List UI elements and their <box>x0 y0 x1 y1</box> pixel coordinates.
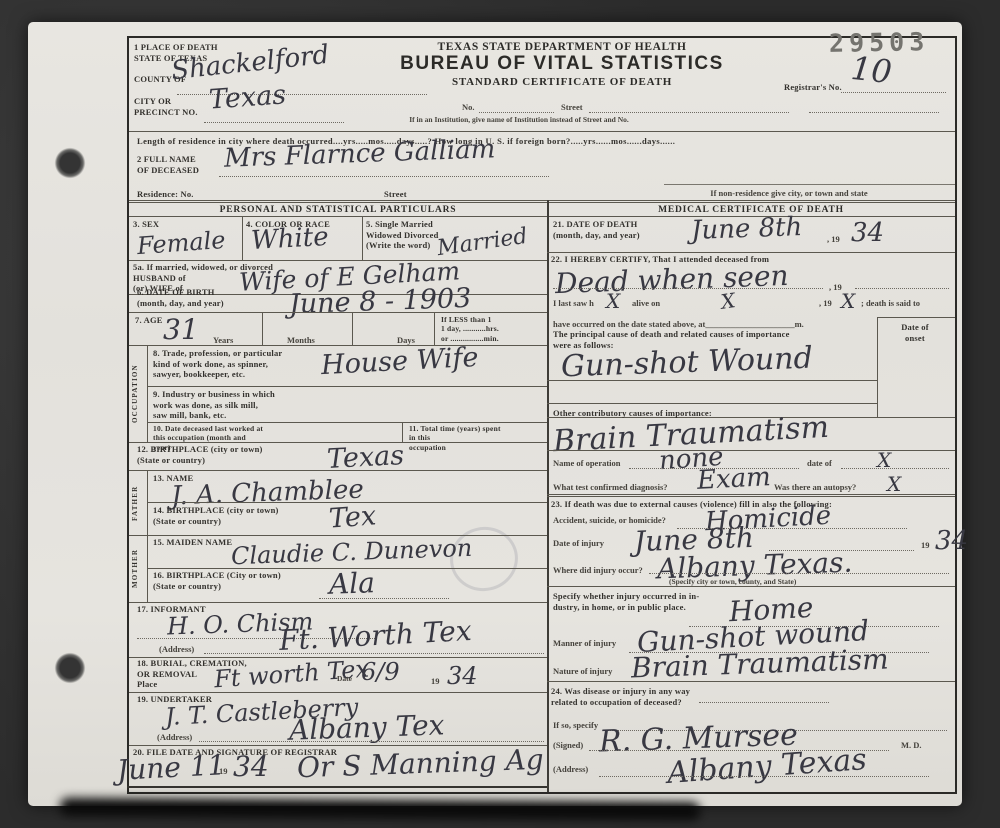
file-year-prefix: 19 <box>219 766 228 777</box>
last-saw-x3: X <box>841 291 855 311</box>
undertaker-address-label: (Address) <box>157 732 192 743</box>
if-so-specify-label: If so, specify <box>553 720 598 731</box>
mother-side-label: MOTHER <box>131 538 139 598</box>
age-value: 31 <box>163 316 199 344</box>
trade-value: House Wife <box>320 344 479 379</box>
date-of-death-value: June 8th <box>691 214 803 244</box>
birthplace-label: 12. BIRTHPLACE (city or town) (State or … <box>137 444 263 465</box>
maiden-name-value: Claudie C. Dunevon <box>231 536 473 568</box>
nature-value: Brain Traumatism <box>631 646 890 683</box>
principal-cause-value: Gun-shot Wound <box>561 344 814 383</box>
date-of-death-year-prefix: , 19 <box>827 234 840 245</box>
marital-value: Married <box>436 226 529 260</box>
last-saw-x1: X <box>606 291 620 311</box>
date-of-death-label: 21. DATE OF DEATH (month, day, and year) <box>553 219 640 240</box>
color-race-value: White <box>250 224 329 254</box>
city-precinct-label: CITY OR PRECINCT NO. <box>134 96 198 117</box>
operation-date-label: date of <box>807 458 832 469</box>
last-saw-year: , 19 <box>819 298 832 309</box>
registrar-no-label: Registrar's No. <box>784 82 842 93</box>
related-occupation-label: 24. Was disease or injury in any way rel… <box>551 686 690 707</box>
paper-bottom-shadow <box>60 798 700 820</box>
father-birthplace-label: 14. BIRTHPLACE (city or town) (State or … <box>153 505 279 526</box>
burial-year-prefix: 19 <box>431 676 440 687</box>
mother-birthplace-value: Ala <box>329 569 376 599</box>
title-bureau: BUREAU OF VITAL STATISTICS <box>362 53 762 75</box>
microfilm-scan: { "certificate_number": "29503", "header… <box>0 0 1000 828</box>
nature-label: Nature of injury <box>553 666 612 677</box>
injury-where-sub: (Specify city or town, county, and State… <box>669 577 796 586</box>
file-signature-value: Or S Manning Ag <box>297 746 545 783</box>
undertaker-address-value: Albany Tex <box>289 711 445 744</box>
injury-year-prefix: 19 <box>921 540 930 551</box>
registrar-no-value: 10 <box>849 52 893 88</box>
father-birthplace-value: Tex <box>328 502 377 532</box>
file-date-value: June 11 <box>116 751 226 785</box>
certify-year-prefix: , 19 <box>829 282 842 293</box>
certificate-paper: 1 PLACE OF DEATH STATE OF TEXAS COUNTY O… <box>28 22 962 806</box>
punch-hole-bottom <box>54 652 86 684</box>
injury-where-label: Where did injury occur? <box>553 565 643 576</box>
date-of-onset-label: Date of onset <box>881 322 949 343</box>
injury-date-label: Date of injury <box>553 538 604 549</box>
sex-label: 3. SEX <box>133 219 159 230</box>
certify-value: Dead when seen <box>555 262 789 298</box>
dob-label: 6. DATE OF BIRTH (month, day, and year) <box>137 287 224 308</box>
last-saw-mid: alive on <box>632 298 660 309</box>
informant-address-label: (Address) <box>159 644 194 655</box>
non-residence-note: If non-residence give city, or town and … <box>629 188 949 199</box>
burial-date-value: 6/9 <box>361 660 400 684</box>
street-label: Street <box>561 102 583 113</box>
manner-label: Manner of injury <box>553 638 616 649</box>
institution-note: If in an Institution, give name of Insti… <box>309 115 729 124</box>
injury-year-value: 34 <box>935 528 968 554</box>
residence-street-label: Street <box>384 189 407 200</box>
burial-date-label: Date <box>337 674 352 683</box>
file-year-value: 34 <box>233 753 269 781</box>
informant-address-value: Ft. Worth Tex <box>278 617 472 655</box>
operation-date-value: X <box>877 450 891 470</box>
total-time-label: 11. Total time (years) spent in this occ… <box>409 424 501 452</box>
certificate-form: 1 PLACE OF DEATH STATE OF TEXAS COUNTY O… <box>127 36 957 794</box>
operation-label: Name of operation <box>553 458 621 469</box>
injury-place-label: Specify whether injury occurred in in- d… <box>553 591 699 612</box>
dob-value: June 8 - 1903 <box>289 285 472 318</box>
form-titles: TEXAS STATE DEPARTMENT OF HEALTH BUREAU … <box>362 41 762 88</box>
md-label: M. D. <box>901 740 922 751</box>
title-certificate: STANDARD CERTIFICATE OF DEATH <box>362 76 762 88</box>
last-saw-post: ; death is said to <box>861 298 920 309</box>
marital-label: 5. Single Married Widowed Divorced (Writ… <box>366 219 439 251</box>
occupation-side-label: OCCUPATION <box>131 348 139 440</box>
punch-hole-top <box>54 147 86 179</box>
birthplace-value: Texas <box>326 442 404 473</box>
industry-label: 9. Industry or business in which work wa… <box>153 389 275 421</box>
father-side-label: FATHER <box>131 473 139 533</box>
burial-year-value: 34 <box>447 664 478 688</box>
street-no-label: No. <box>462 102 475 113</box>
sex-value: Female <box>136 228 226 258</box>
autopsy-label: Was there an autopsy? <box>774 482 856 493</box>
date-of-death-year-value: 34 <box>851 220 884 246</box>
physician-address-label: (Address) <box>553 764 588 775</box>
signed-label: (Signed) <box>553 740 583 751</box>
test-label: What test confirmed diagnosis? <box>553 482 668 493</box>
maiden-name-label: 15. MAIDEN NAME <box>153 537 232 548</box>
city-precinct-value: Texas <box>208 81 287 113</box>
trade-label: 8. Trade, profession, or particular kind… <box>153 348 282 380</box>
full-name-value: Mrs Flarnce Galliam <box>224 136 496 171</box>
mother-birthplace-label: 16. BIRTHPLACE (City or town) (State or … <box>153 570 281 591</box>
residence-no-label: Residence: No. <box>137 189 194 200</box>
section-title-personal: PERSONAL AND STATISTICAL PARTICULARS <box>129 205 547 216</box>
last-saw-pre: I last saw h <box>553 298 594 309</box>
autopsy-value: X <box>887 474 901 494</box>
title-department: TEXAS STATE DEPARTMENT OF HEALTH <box>362 41 762 53</box>
test-value: Exam <box>696 464 771 494</box>
age-less-label: If LESS than 1 1 day, ...........hrs. or… <box>441 315 499 343</box>
last-saw-x2: X <box>720 290 737 312</box>
full-name-label: 2 FULL NAME OF DECEASED <box>137 154 199 175</box>
age-label: 7. AGE <box>135 315 163 326</box>
